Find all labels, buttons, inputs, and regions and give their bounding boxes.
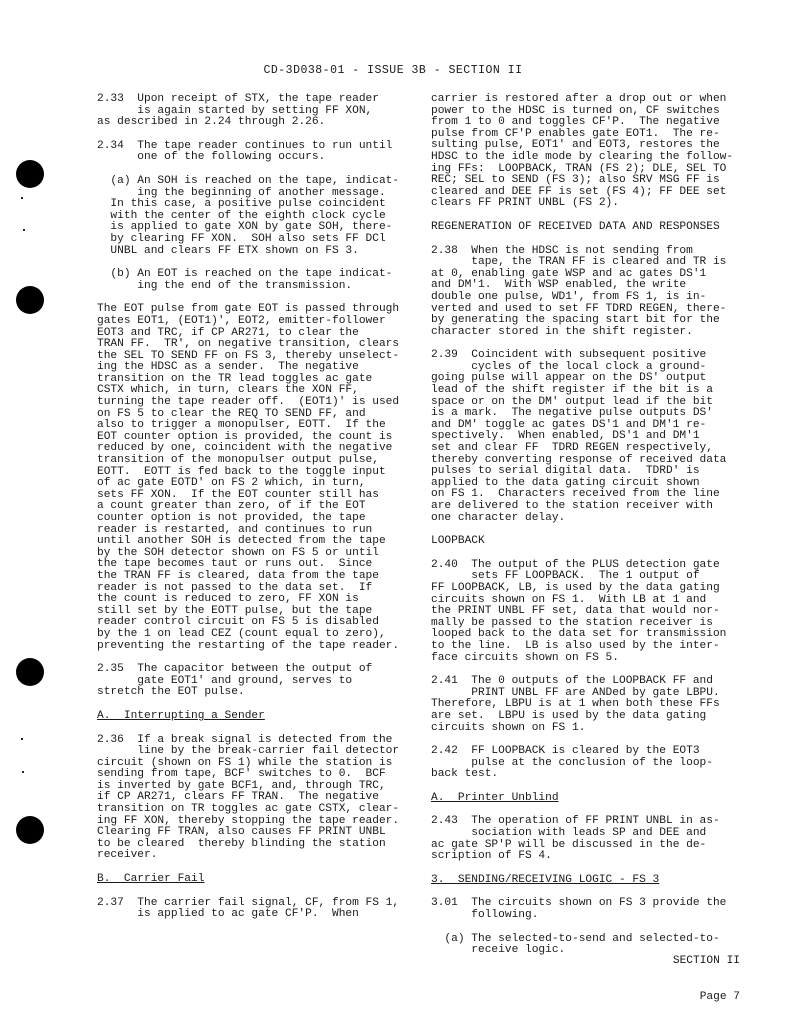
paragraph: 2.43 The operation of FF PRINT UNBL in a… <box>431 816 751 862</box>
section-heading: A. Interrupting a Sender <box>97 711 417 723</box>
binding-hole <box>16 160 44 188</box>
paragraph: (a) An SOH is reached on the tape, indic… <box>97 176 417 257</box>
footer-page-number: Page 7 <box>640 991 740 1003</box>
paragraph: 2.41 The 0 outputs of the LOOPBACK FF an… <box>431 676 751 734</box>
binding-hole <box>16 816 44 844</box>
paragraph: 2.39 Coincident with subsequent positive… <box>431 350 751 524</box>
scan-speck <box>23 229 25 231</box>
page-footer: SECTION II Page 7 <box>640 931 740 1015</box>
paragraph: 2.33 Upon receipt of STX, the tape reade… <box>97 94 417 129</box>
paragraph: The EOT pulse from gate EOT is passed th… <box>97 304 417 652</box>
paragraph: REGENERATION OF RECEIVED DATA AND RESPON… <box>431 222 751 234</box>
paragraph: 2.37 The carrier fail signal, CF, from F… <box>97 898 417 921</box>
scan-speck <box>22 771 24 773</box>
paragraph: 2.42 FF LOOPBACK is cleared by the EOT3 … <box>431 746 751 781</box>
section-heading: A. Printer Unblind <box>431 793 751 805</box>
right-column: carrier is restored after a drop out or … <box>431 94 751 969</box>
section-heading: B. Carrier Fail <box>97 874 417 886</box>
page-header: CD-3D038-01 - ISSUE 3B - SECTION II <box>0 64 786 77</box>
paragraph: 2.40 The output of the PLUS detection ga… <box>431 560 751 664</box>
scan-speck <box>21 197 23 199</box>
left-column: 2.33 Upon receipt of STX, the tape reade… <box>97 94 417 933</box>
binding-hole <box>16 286 44 314</box>
binding-hole <box>16 658 44 686</box>
paragraph: 2.35 The capacitor between the output of… <box>97 664 417 699</box>
paragraph: 2.36 If a break signal is detected from … <box>97 735 417 863</box>
paragraph: 2.34 The tape reader continues to run un… <box>97 141 417 164</box>
paragraph: 2.38 When the HDSC is not sending from t… <box>431 246 751 339</box>
footer-section: SECTION II <box>640 955 740 967</box>
paragraph: 3.01 The circuits shown on FS 3 provide … <box>431 898 751 921</box>
scan-speck <box>21 738 23 740</box>
paragraph: LOOPBACK <box>431 536 751 548</box>
paragraph: carrier is restored after a drop out or … <box>431 94 751 210</box>
paragraph: (b) An EOT is reached on the tape indica… <box>97 269 417 292</box>
section-heading: 3. SENDING/RECEIVING LOGIC - FS 3 <box>431 875 751 887</box>
